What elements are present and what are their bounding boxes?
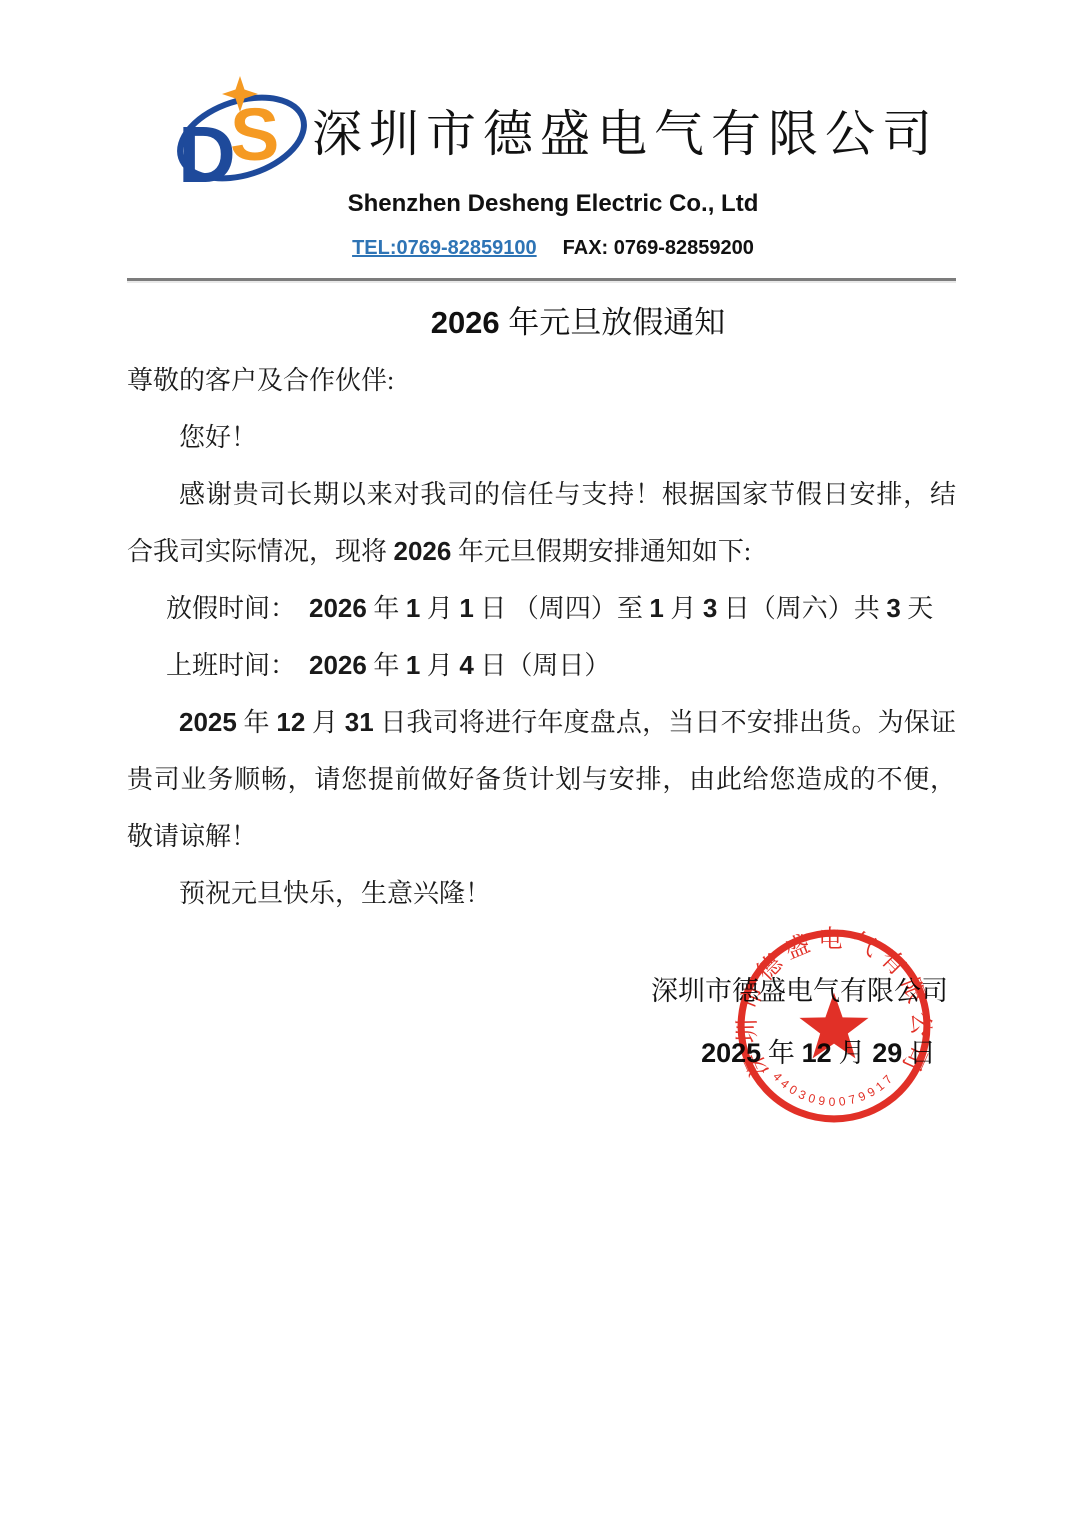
notice-body: 尊敬的客户及合作伙伴:您好！感谢贵司长期以来对我司的信任与支持！根据国家节假日安… [127,352,956,922]
notice-paragraph: 上班时间： 2026 年 1 月 4 日（周日） [127,637,956,694]
notice-paragraph: 尊敬的客户及合作伙伴: [127,352,956,409]
document-page: S D 深圳市德盛电气有限公司 Shenzhen Desheng Electri… [0,0,1078,1526]
company-stamp: 深圳市德盛电气有限公司 4403090079917 [733,925,935,1127]
notice-paragraph: 预祝元旦快乐，生意兴隆！ [127,865,956,922]
fax-label: FAX: 0769-82859200 [563,237,754,259]
tel-link[interactable]: TEL:0769-82859100 [352,237,537,259]
logo-letter-d: D [178,110,236,198]
notice-paragraph: 2025 年 12 月 31 日我司将进行年度盘点，当日不安排出货。为保证贵司业… [127,694,956,865]
company-logo: S D [172,72,312,198]
contact-line: TEL:0769-82859100FAX: 0769-82859200 [0,237,1078,260]
notice-paragraph: 感谢贵司长期以来对我司的信任与支持！根据国家节假日安排，结合我司实际情况，现将 … [127,466,956,580]
notice-title: 2026 年元旦放假通知 [0,297,1078,342]
notice-paragraph: 放假时间： 2026 年 1 月 1 日 （周四）至 1 月 3 日（周六）共 … [127,580,956,637]
stamp-serial: 4403090079917 [770,1069,898,1108]
logo-graphic: S D [172,72,312,198]
company-name-zh: 深圳市德盛电气有限公司 [312,94,939,166]
logo-letter-s: S [230,93,279,176]
header-divider [127,278,956,281]
notice-paragraph: 您好！ [127,409,956,466]
company-name-en: Shenzhen Desheng Electric Co., Ltd [0,190,1078,218]
stamp-star-icon [799,993,868,1059]
